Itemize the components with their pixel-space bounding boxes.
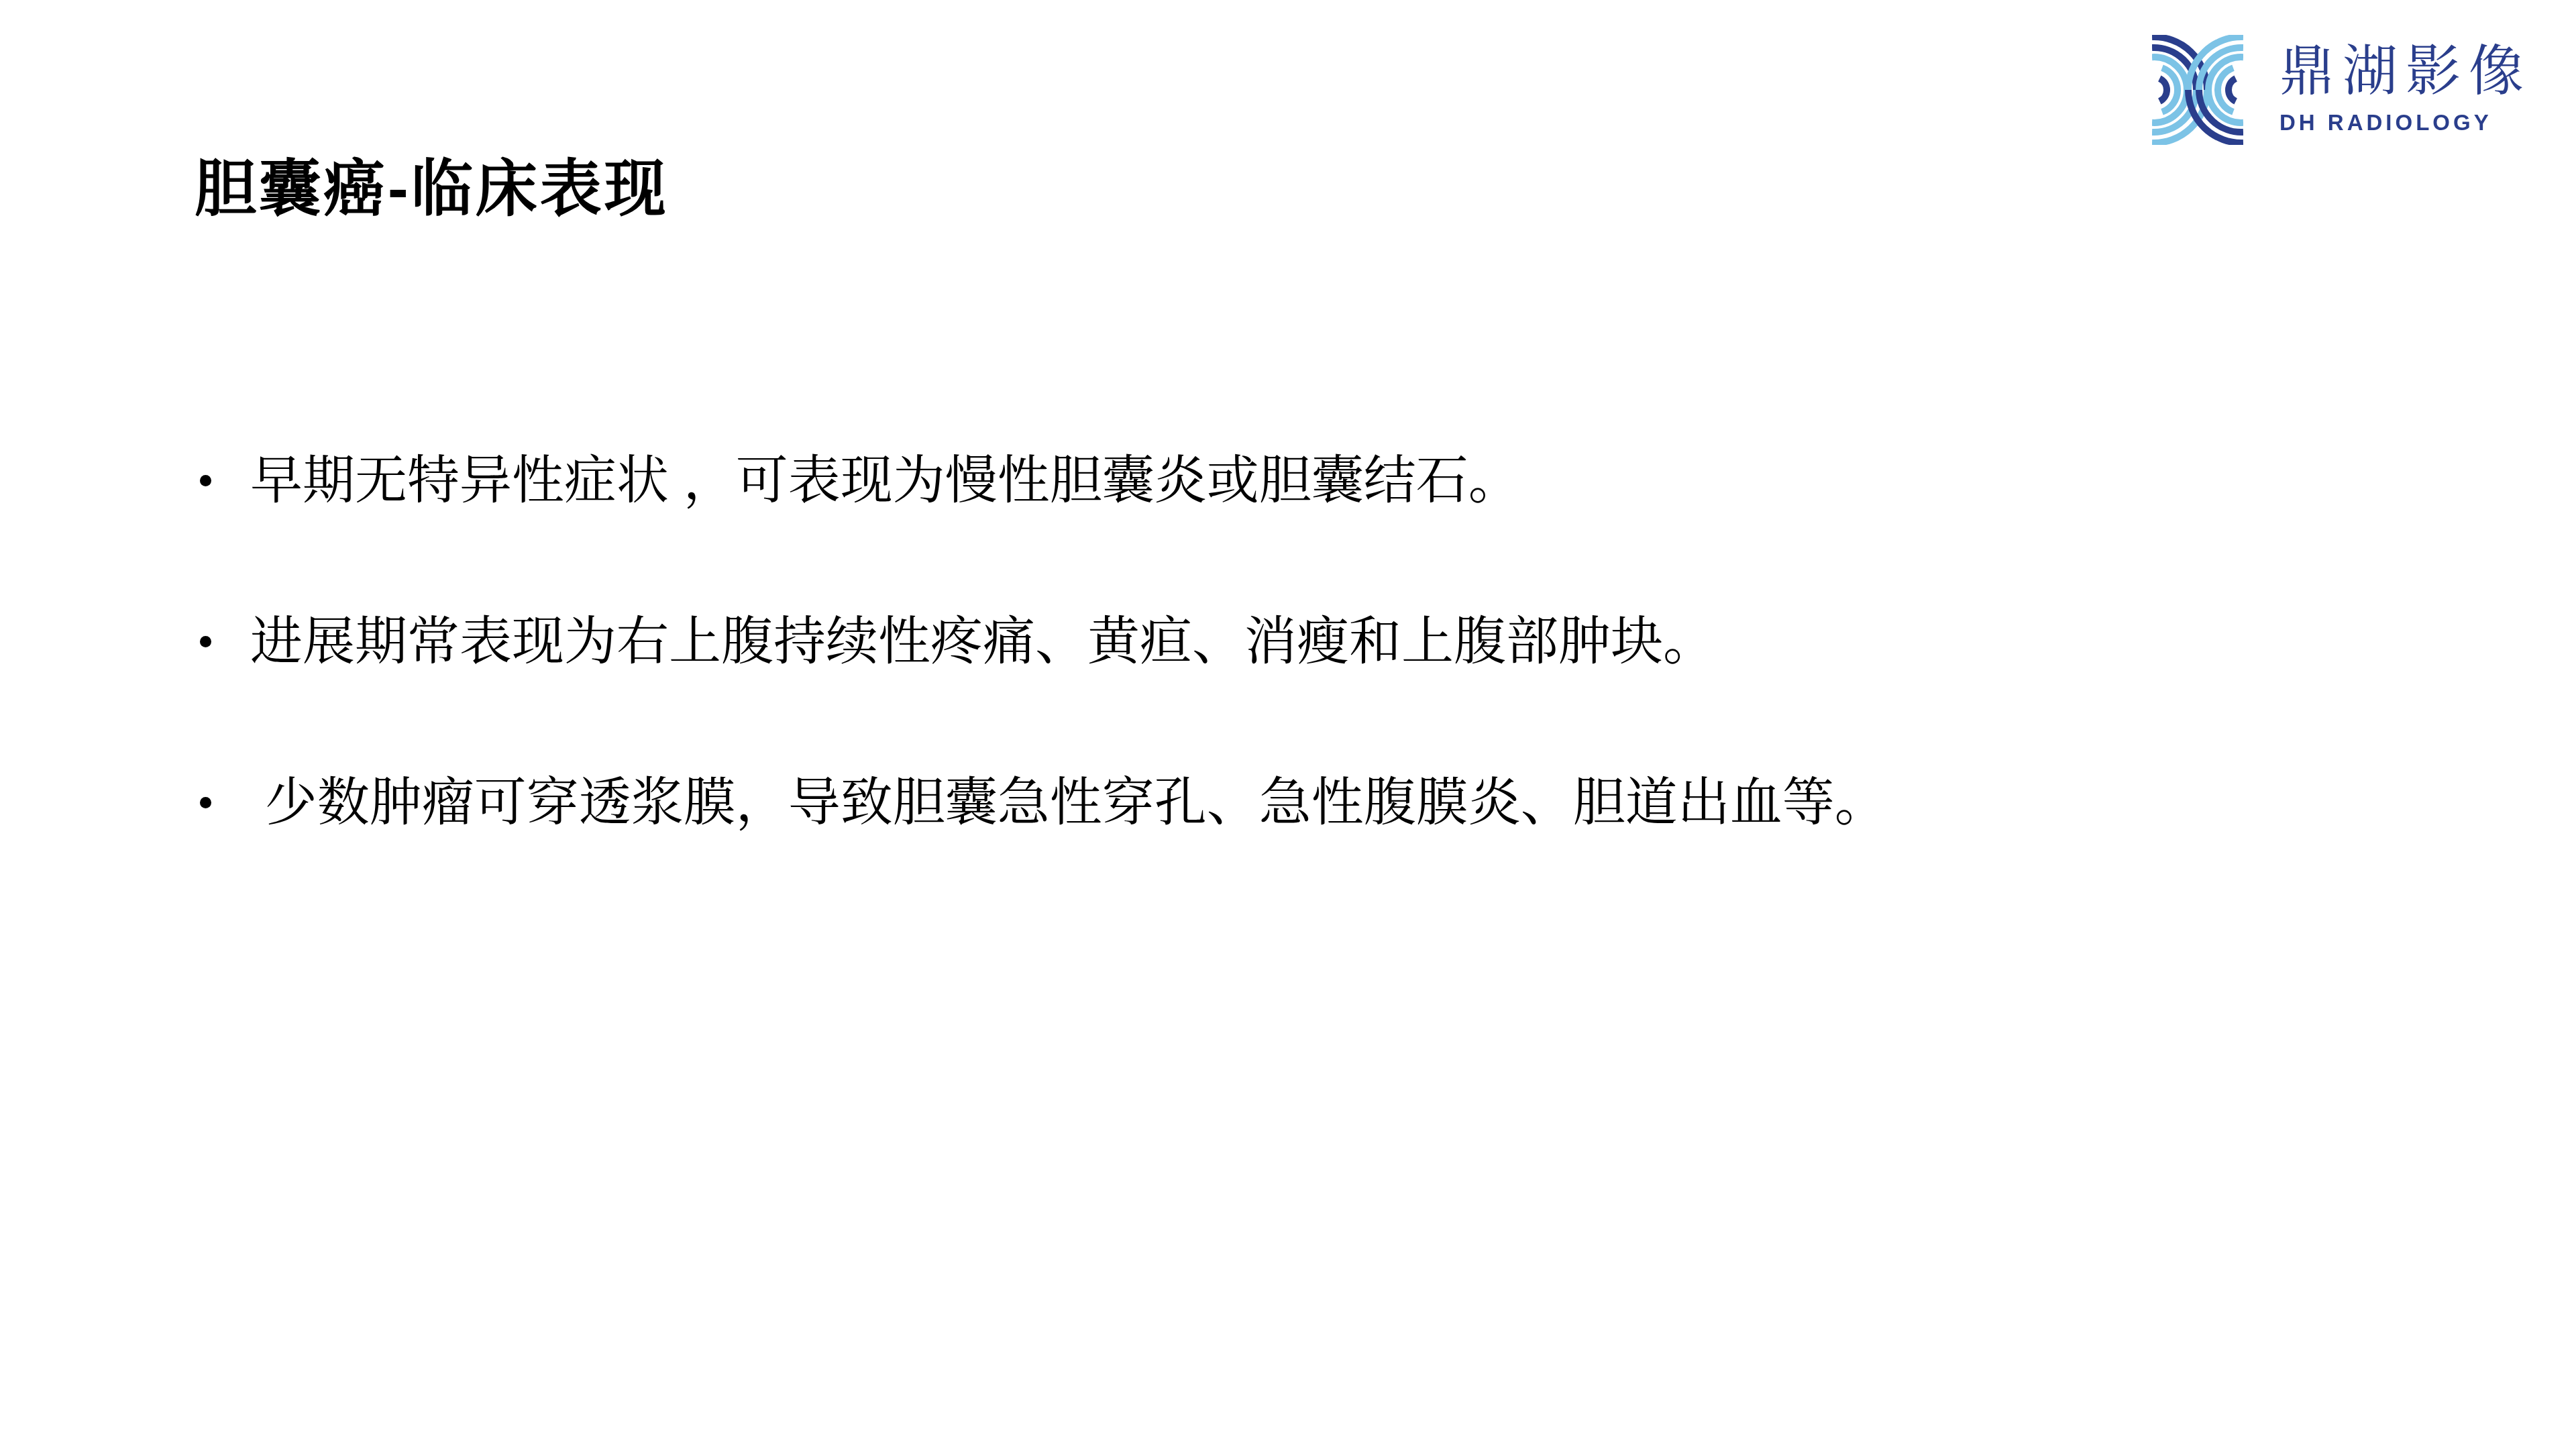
bullet-dot-icon [200,797,211,808]
ripple-waves-logo-icon [2152,35,2243,145]
logo-name-chinese: 鼎湖影像 [2279,44,2532,99]
bullet-list: 早期无特异性症状 ，可表现为慢性胆囊炎或胆囊结石。 进展期常表现为右上腹持续性疼… [199,453,2278,829]
bullet-dot-icon [200,636,211,647]
logo-name-english: DH RADIOLOGY [2279,110,2532,136]
bullet-item-3: 少数肿瘤可穿透浆膜，导致胆囊急性穿孔、急性腹膜炎、胆道出血等。 [199,775,2278,829]
slide-title: 胆囊癌-临床表现 [195,140,669,228]
arc [2229,78,2236,101]
slide: 胆囊癌-临床表现 鼎湖影像 DH RADIOLOGY [0,0,2576,1449]
dh-radiology-logo: 鼎湖影像 DH RADIOLOGY [2152,35,2532,145]
bullet-text-1: 早期无特异性症状 ，可表现为慢性胆囊炎或胆囊结石。 [250,453,1521,507]
bullet-text-3: 少数肿瘤可穿透浆膜，导致胆囊急性穿孔、急性腹膜炎、胆道出血等。 [250,775,1887,829]
arc [2159,78,2167,101]
bullet-item-1: 早期无特异性症状 ，可表现为慢性胆囊炎或胆囊结石。 [199,453,2278,507]
logo-text: 鼎湖影像 DH RADIOLOGY [2279,44,2532,136]
bullet-text-2: 进展期常表现为右上腹持续性疼痛、黄疸、消瘦和上腹部肿块。 [250,614,1715,668]
bullet-item-2: 进展期常表现为右上腹持续性疼痛、黄疸、消瘦和上腹部肿块。 [199,614,2278,668]
bullet-dot-icon [200,475,211,486]
